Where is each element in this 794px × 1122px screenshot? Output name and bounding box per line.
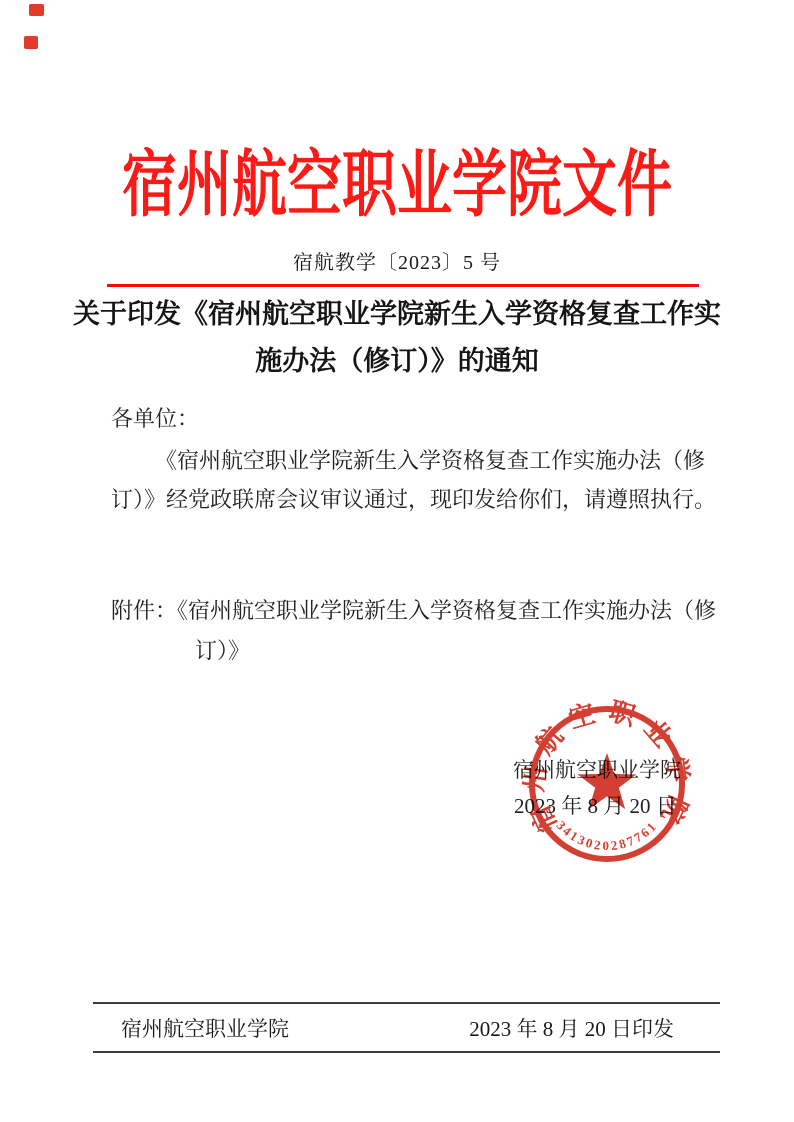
document-header-title: 宿州航空职业学院文件 — [0, 149, 794, 222]
seal-star-icon — [578, 753, 637, 809]
attachment-line2: 订）》 — [195, 640, 250, 662]
subject-title-line2: 施办法（修订）》的通知 — [0, 348, 794, 375]
red-divider-line — [107, 284, 699, 287]
body-paragraph-line1: 《宿州航空职业学院新生入学资格复查工作实施办法（修 — [155, 450, 705, 472]
attachment-line1: 附件：《宿州航空职业学院新生入学资格复查工作实施办法（修 — [111, 600, 716, 622]
subject-title: 关于印发《宿州航空职业学院新生入学资格复查工作实 施办法（修订）》的通知 — [0, 301, 794, 375]
footer-bar: 宿州航空职业学院 2023 年 8 月 20 日印发 — [93, 1002, 720, 1053]
document-number: 宿航教学〔2023〕5 号 — [0, 253, 794, 273]
document-page: 宿州航空职业学院文件 宿航教学〔2023〕5 号 关于印发《宿州航空职业学院新生… — [0, 0, 794, 1122]
official-red-seal: 宿州航空职业学院 3413020287761 — [520, 697, 694, 871]
salutation: 各单位： — [111, 408, 199, 430]
red-artifact-mark-2 — [24, 36, 38, 49]
footer-organization: 宿州航空职业学院 — [93, 1013, 289, 1043]
red-artifact-mark-1 — [29, 4, 44, 16]
footer-print-date: 2023 年 8 月 20 日印发 — [469, 1013, 720, 1043]
subject-title-line1: 关于印发《宿州航空职业学院新生入学资格复查工作实 — [0, 301, 794, 328]
body-paragraph-line2: 订）》经党政联席会议审议通过，现印发给你们，请遵照执行。 — [111, 489, 716, 511]
